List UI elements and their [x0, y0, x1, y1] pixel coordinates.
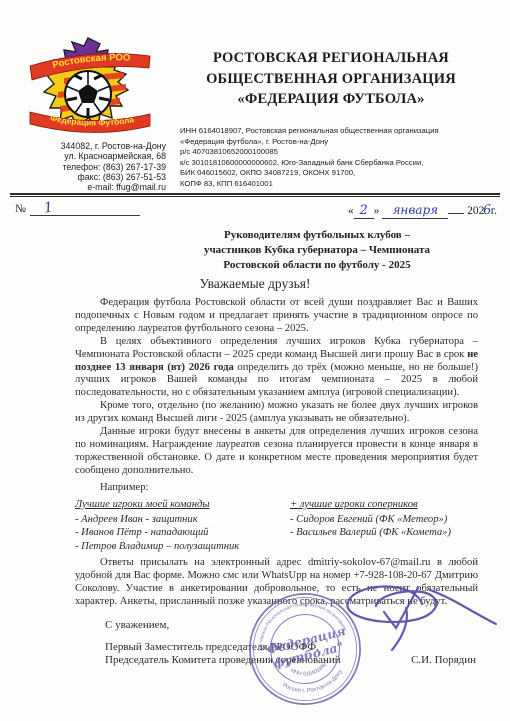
- example-opponents: + лучшие игроки соперников - Сидоров Евг…: [290, 498, 478, 554]
- contact-phone: телефон: (863) 267-17-39: [8, 162, 166, 172]
- requisites-line: к/с 30101810600000000602, Юго-Западный б…: [180, 158, 498, 169]
- svg-text:Россия г. Ростов-на-Дону: Россия г. Ростов-на-Дону: [280, 668, 347, 701]
- addressee-line2: участников Кубка губернатора – Чемпионат…: [138, 243, 496, 258]
- contacts-block: 344082, г. Ростов-на-Дону ул. Красноарме…: [8, 141, 166, 192]
- signer-title-line2: Председатель Комитета проведения соревно…: [105, 654, 341, 667]
- example-opponents-header: + лучшие игроки соперников: [290, 498, 478, 511]
- contact-address1: 344082, г. Ростов-на-Дону: [8, 141, 166, 151]
- org-title-line2: ОБЩЕСТВЕННАЯ ОРГАНИЗАЦИЯ: [168, 69, 494, 90]
- federation-crest-logo: Ростовская РОО Федерация Футбола: [24, 32, 156, 144]
- number-line: 1: [30, 202, 140, 216]
- paragraph-3: Кроме того, отдельно (по желанию) можно …: [75, 400, 478, 426]
- letterhead-divider: [10, 193, 500, 197]
- addressee-line1: Руководителям футбольных клубов –: [138, 228, 496, 243]
- list-item: - Андреев Иван - защитник: [75, 513, 290, 526]
- signer-name: С.И. Порядин: [411, 654, 476, 667]
- requisites-line: «Федерация футбола», г. Ростов-на-Дону: [180, 137, 498, 148]
- handwritten-day: 2: [360, 203, 368, 218]
- signer-title-line1: Первый Заместитель председателя РРООФФ,: [105, 641, 478, 654]
- addressee-block: Руководителям футбольных клубов – участн…: [138, 228, 496, 273]
- handwritten-number: 1: [43, 201, 54, 214]
- contact-fax: факс: (863) 267-51-53: [8, 172, 166, 182]
- example-own-team: Лучшие игроки моей команды - Андреев Ива…: [75, 498, 290, 554]
- paragraph-5-start: Ответы присылать на электронный адрес: [100, 557, 308, 568]
- requisites-block: ИНН 6164018907, Ростовская региональная …: [180, 126, 498, 190]
- requisites-line: ИНН 6164018907, Ростовская региональная …: [180, 126, 498, 137]
- example-label: Например:: [75, 482, 478, 495]
- requisites-line: КОПФ 83, КПП 616401001: [180, 179, 498, 190]
- org-title: РОСТОВСКАЯ РЕГИОНАЛЬНАЯ ОБЩЕСТВЕННАЯ ОРГ…: [168, 48, 494, 110]
- closing-row: Председатель Комитета проведения соревно…: [105, 654, 478, 667]
- paragraph-2: В целях объективного определения лучших …: [75, 336, 478, 401]
- requisites-line: р/с 40703810652000100085: [180, 147, 498, 158]
- contact-email: e-mail: ffug@mail.ru: [8, 182, 166, 192]
- reply-phone: +7-928-108-20-67: [353, 570, 431, 581]
- letter-date: «2» января 2026г.: [348, 202, 497, 224]
- org-title-line1: РОСТОВСКАЯ РЕГИОНАЛЬНАЯ: [168, 48, 494, 69]
- outgoing-number: №1: [15, 202, 140, 224]
- date-blank: [448, 213, 464, 214]
- example-lists: Лучшие игроки моей команды - Андреев Ива…: [75, 498, 478, 554]
- letter-body: Федерация футбола Ростовской области от …: [75, 297, 478, 667]
- list-item: - Иванов Пётр - нападающий: [75, 526, 290, 539]
- paragraph-1: Федерация футбола Ростовской области от …: [75, 297, 478, 336]
- list-item: - Петров Владимир – полузащитник: [75, 540, 290, 553]
- reply-email: dmitriy-sokolov-67@mail.ru: [308, 557, 430, 568]
- contact-address2: ул. Красноармейская, 68: [8, 151, 166, 161]
- closing-block: С уважением, Первый Заместитель председа…: [105, 619, 478, 667]
- greeting: Уважаемые друзья!: [0, 276, 510, 292]
- number-label: №: [15, 203, 26, 215]
- stamp-ring-bottom-text: Россия г. Ростов-на-Дону: [280, 668, 347, 701]
- paragraph-4: Данные игроки будут внесены в анкеты для…: [75, 426, 478, 478]
- example-own-team-header: Лучшие игроки моей команды: [75, 498, 290, 511]
- addressee-line3: Ростовской области по футболу - 2025: [138, 258, 496, 273]
- paragraph-5: Ответы присылать на электронный адрес dm…: [75, 557, 478, 609]
- handwritten-month: января: [392, 203, 438, 217]
- list-item: - Васильев Валерий (ФК «Комета»): [290, 526, 478, 539]
- requisites-line: БИК 046015602, ОКПО 34087219, ОКОНХ 9170…: [180, 168, 498, 179]
- org-title-line3: «ФЕДЕРАЦИЯ ФУТБОЛА»: [168, 89, 494, 110]
- date-close-quote: »: [374, 205, 380, 217]
- paragraph-2-start: В целях объективного определения лучших …: [75, 336, 478, 360]
- closing-regards: С уважением,: [105, 619, 478, 632]
- soccer-ball-icon: [65, 71, 111, 117]
- list-item: - Сидоров Евгений (ФК «Метеор»): [290, 513, 478, 526]
- scanned-letter: Ростовская РОО Федерация Футбола РОСТОВС…: [0, 0, 510, 721]
- reference-row: №1 «2» января 2026г.: [15, 202, 497, 224]
